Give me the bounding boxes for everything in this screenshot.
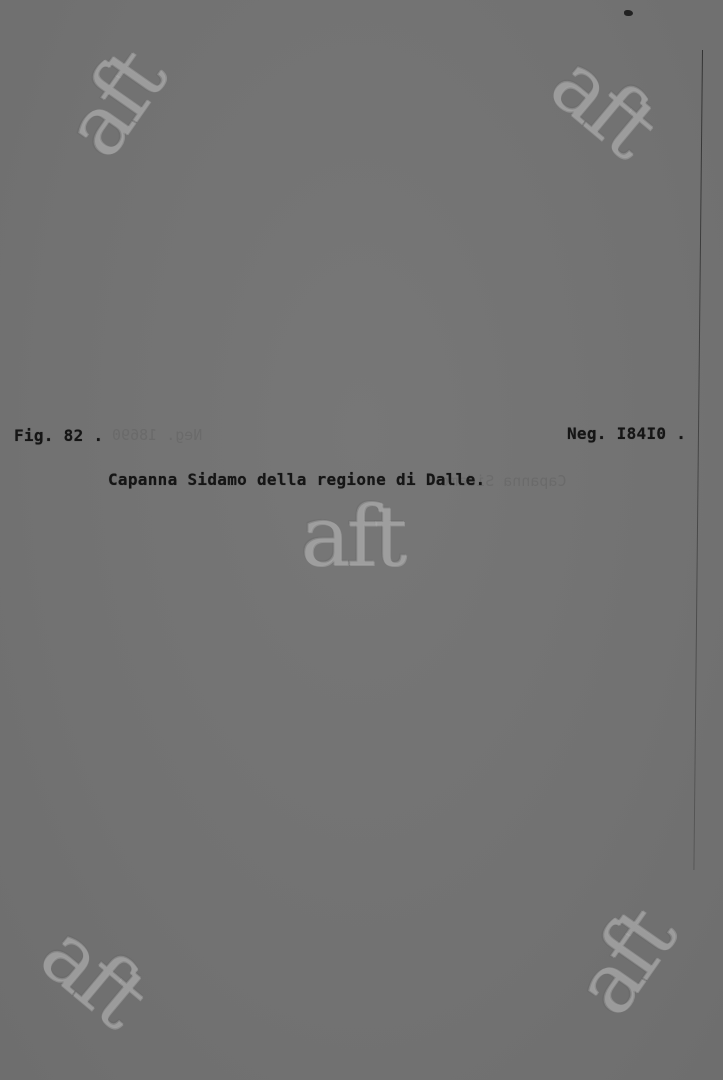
- negative-number: Neg. I84I0 .: [567, 424, 686, 443]
- watermark-bottom-left: aft: [27, 909, 160, 1040]
- ink-speck: [624, 10, 633, 16]
- figure-number: Fig. 82 .: [14, 426, 103, 445]
- bleed-through-negative-text: Neg. 18690: [112, 426, 202, 444]
- caption-text: Capanna Sidamo della regione di Dalle.: [108, 470, 485, 489]
- card-edge-line: [693, 50, 703, 870]
- archive-card: Neg. 18690 Capanna Sidamo Fig. 82 . Neg.…: [0, 0, 723, 1080]
- watermark-bottom-right: aft: [560, 896, 688, 1029]
- watermark-top-right: aft: [537, 39, 670, 170]
- watermark-top-left: aft: [50, 38, 178, 171]
- watermark-center: aft: [300, 494, 403, 578]
